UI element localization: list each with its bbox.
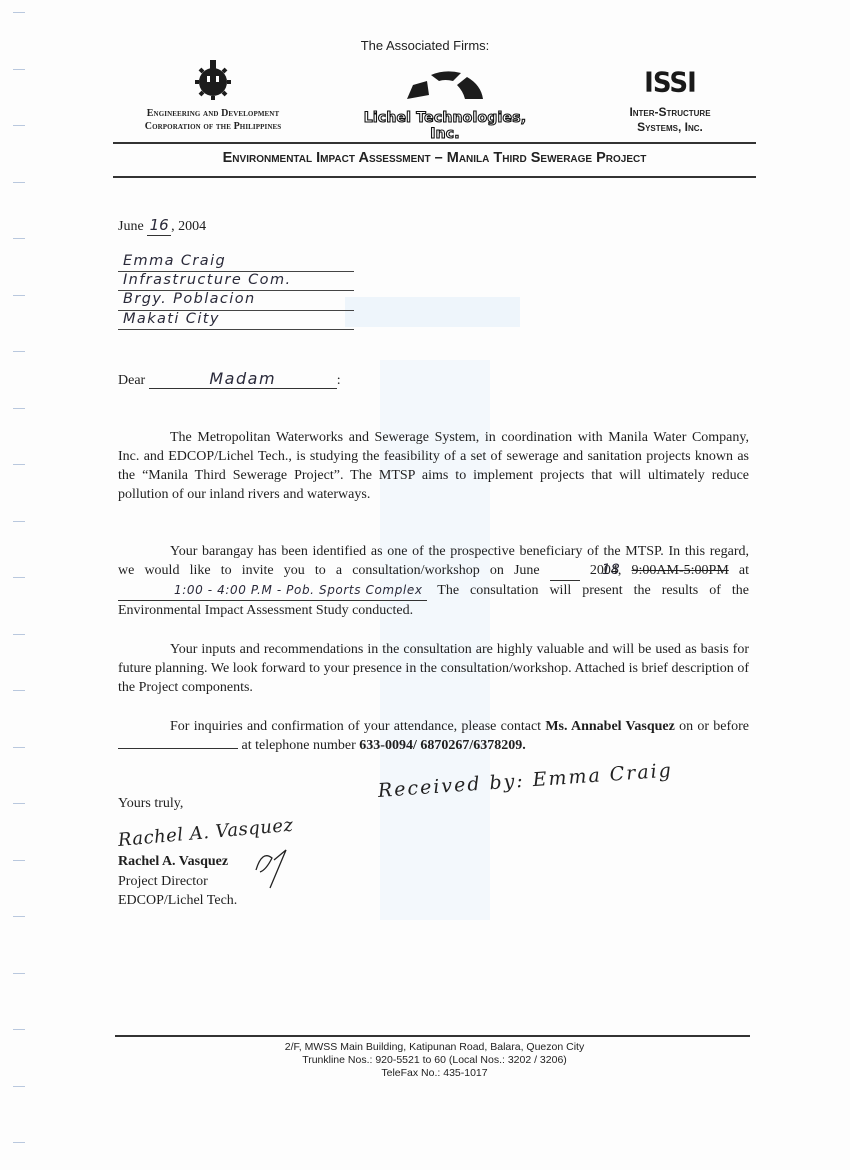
firm-issi: ISSI Inter-Structure Systems, Inc. bbox=[600, 70, 740, 135]
footer-trunkline: Trunkline Nos.: 920-5521 to 60 (Local No… bbox=[113, 1054, 756, 1067]
issi-name-line2: Systems, Inc. bbox=[600, 120, 740, 135]
signature-flourish-icon bbox=[252, 840, 292, 890]
deadline-blank bbox=[118, 736, 238, 749]
footer-telefax: TeleFax No.: 435-1017 bbox=[113, 1067, 756, 1080]
margin-mark bbox=[13, 577, 25, 578]
watermark-top bbox=[345, 297, 520, 327]
margin-mark bbox=[13, 351, 25, 352]
salutation: Dear Madam: bbox=[118, 369, 341, 390]
margin-mark bbox=[13, 1086, 25, 1087]
margin-mark bbox=[13, 803, 25, 804]
footer-rule bbox=[115, 1035, 750, 1037]
margin-mark bbox=[13, 690, 25, 691]
workshop-day-handwritten: 18 bbox=[550, 561, 580, 581]
recipient-rule-4 bbox=[118, 329, 354, 330]
margin-mark bbox=[13, 1029, 25, 1030]
lichel-arc-logo-icon bbox=[405, 65, 485, 101]
footer-address: 2/F, MWSS Main Building, Katipunan Road,… bbox=[113, 1041, 756, 1054]
footer: 2/F, MWSS Main Building, Katipunan Road,… bbox=[113, 1041, 756, 1080]
edcop-gear-logo-icon bbox=[193, 58, 233, 102]
margin-mark bbox=[13, 916, 25, 917]
header-rule-bottom bbox=[113, 176, 756, 178]
margin-mark bbox=[13, 634, 25, 635]
recipient-line-1: Emma Craig bbox=[123, 253, 226, 269]
signatory-name: Rachel A. Vasquez bbox=[118, 852, 228, 871]
salutation-handwritten: Madam bbox=[149, 369, 337, 389]
margin-mark bbox=[13, 860, 25, 861]
margin-mark bbox=[13, 973, 25, 974]
issi-name-line1: Inter-Structure bbox=[600, 105, 740, 120]
margin-mark bbox=[13, 69, 25, 70]
issi-logo: ISSI bbox=[600, 69, 740, 96]
contact-name: Ms. Annabel Vasquez bbox=[545, 719, 675, 734]
paragraph-4: For inquiries and confirmation of your a… bbox=[118, 717, 749, 755]
recipient-line-3: Brgy. Poblacion bbox=[123, 291, 256, 307]
margin-mark bbox=[13, 295, 25, 296]
paragraph-1: The Metropolitan Waterworks and Sewerage… bbox=[118, 428, 749, 504]
associated-firms-caption: The Associated Firms: bbox=[0, 38, 850, 53]
margin-mark bbox=[13, 747, 25, 748]
paragraph-3: Your inputs and recommendations in the c… bbox=[118, 640, 749, 697]
struck-time: 9:00AM-5:00PM bbox=[632, 563, 729, 578]
recipient-line-2: Infrastructure Com. bbox=[123, 272, 291, 288]
date-day-handwritten: 16 bbox=[147, 216, 171, 236]
edcop-name-line2: Corporation of the Philippines bbox=[118, 120, 308, 133]
firm-lichel: Lichel Technologies, Inc. bbox=[355, 65, 535, 142]
closing: Yours truly, bbox=[118, 794, 183, 813]
edcop-name-line1: Engineering and Development bbox=[118, 107, 308, 120]
firm-edcop: Engineering and Development Corporation … bbox=[118, 58, 308, 133]
header-rule-top bbox=[113, 142, 756, 144]
venue-handwritten: 1:00 - 4:00 P.M - Pob. Sports Complex bbox=[118, 581, 427, 601]
margin-mark bbox=[13, 408, 25, 409]
contact-phones: 633-0094/ 6870267/6378209. bbox=[359, 738, 525, 753]
recipient-line-4: Makati City bbox=[123, 311, 220, 327]
lichel-name: Lichel Technologies, Inc. bbox=[355, 110, 535, 142]
margin-mark bbox=[13, 1142, 25, 1143]
paragraph-2: Your barangay has been identified as one… bbox=[118, 542, 749, 620]
margin-mark bbox=[13, 182, 25, 183]
project-title: Environmental Impact Assessment – Manila… bbox=[113, 150, 756, 166]
margin-mark bbox=[13, 12, 25, 13]
signatory-org: EDCOP/Lichel Tech. bbox=[118, 891, 237, 910]
signatory-title: Project Director bbox=[118, 872, 208, 891]
letter-date: June 16, 2004 bbox=[118, 216, 206, 236]
margin-mark bbox=[13, 464, 25, 465]
margin-mark bbox=[13, 521, 25, 522]
margin-mark bbox=[13, 238, 25, 239]
margin-mark bbox=[13, 125, 25, 126]
